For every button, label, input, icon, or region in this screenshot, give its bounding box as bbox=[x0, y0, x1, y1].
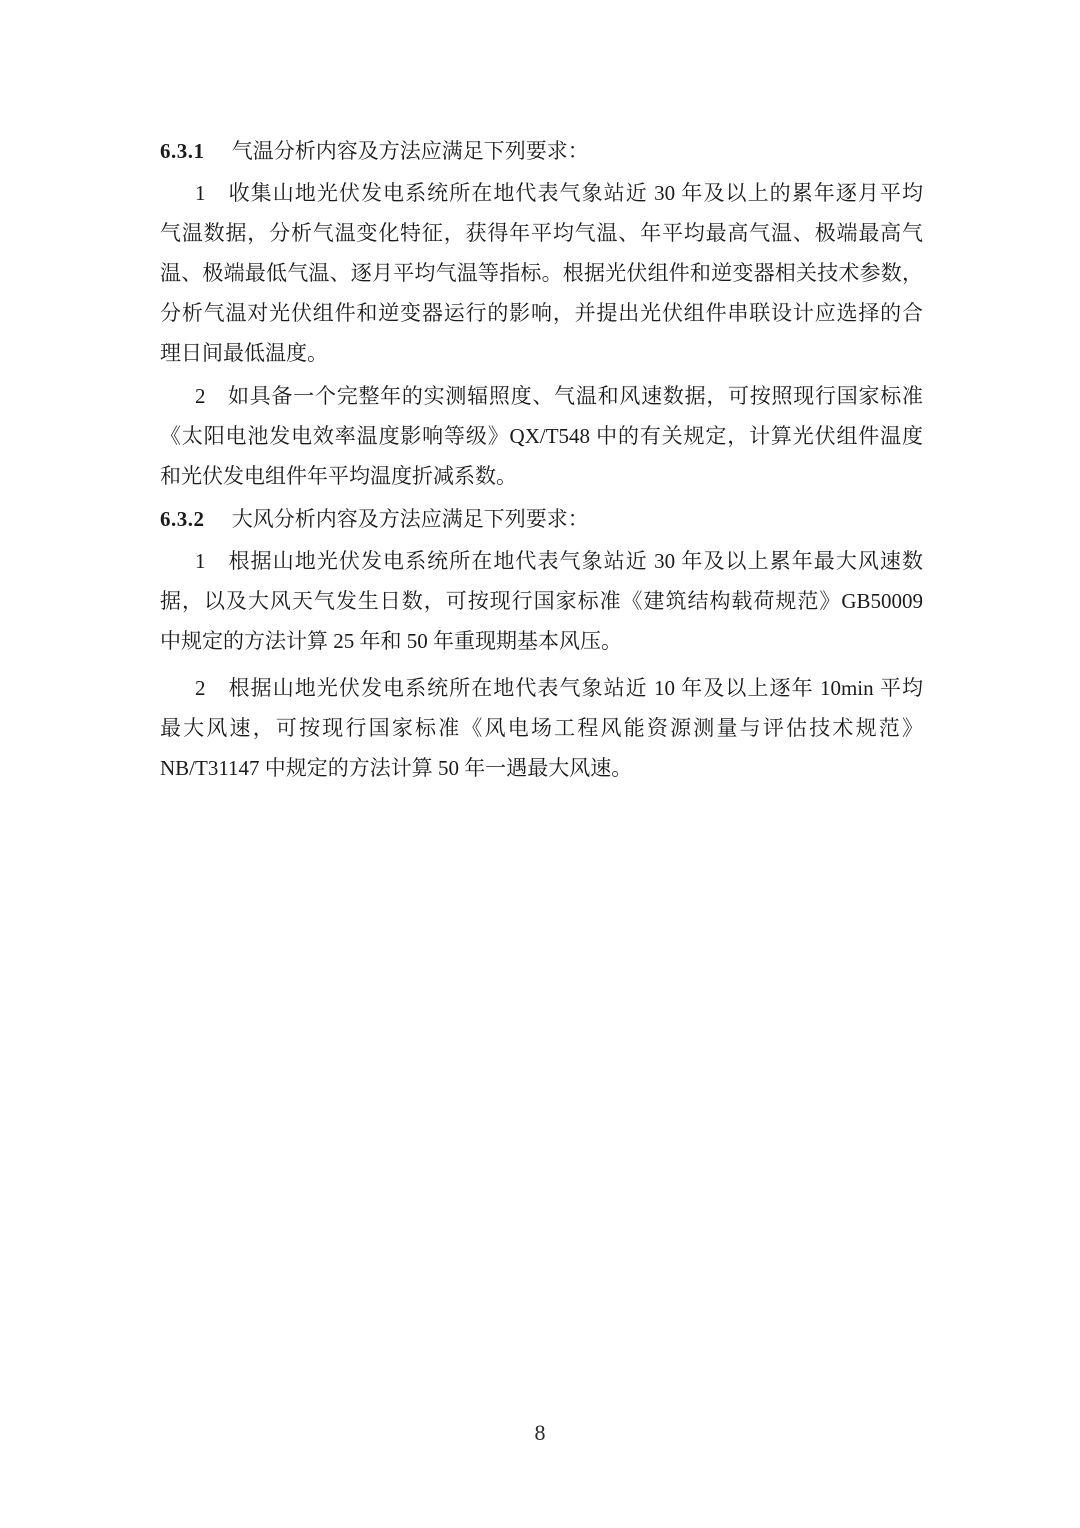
text-line: 据，以及大风天气发生日数，可按现行国家标准《建筑结构载荷规范》GB50009 bbox=[160, 581, 923, 621]
text-line: 2 如具备一个完整年的实测辐照度、气温和风速数据，可按照现行国家标准 bbox=[160, 376, 923, 416]
section-number: 6.3.1 bbox=[160, 139, 205, 163]
paragraph-6-3-2-item-1: 1 根据山地光伏发电系统所在地代表气象站近 30 年及以上累年最大风速数 据，以… bbox=[160, 541, 923, 661]
paragraph-6-3-2-item-2: 2 根据山地光伏发电系统所在地代表气象站近 10 年及以上逐年 10min 平均… bbox=[160, 668, 923, 788]
text-line: 气温数据，分析气温变化特征，获得年平均气温、年平均最高气温、极端最高气 bbox=[160, 213, 923, 253]
text-line: 2 根据山地光伏发电系统所在地代表气象站近 10 年及以上逐年 10min 平均 bbox=[160, 668, 923, 708]
text-line: 和光伏发电组件年平均温度折减系数。 bbox=[160, 456, 923, 496]
text-line: 温、极端最低气温、逐月平均气温等指标。根据光伏组件和逆变器相关技术参数， bbox=[160, 253, 923, 293]
text-line: 分析气温对光伏组件和逆变器运行的影响，并提出光伏组件串联设计应选择的合 bbox=[160, 293, 923, 333]
page-content: 6.3.1气温分析内容及方法应满足下列要求： 1 收集山地光伏发电系统所在地代表… bbox=[160, 131, 923, 791]
section-heading-6-3-1: 6.3.1气温分析内容及方法应满足下列要求： bbox=[160, 131, 923, 171]
text-line: 1 收集山地光伏发电系统所在地代表气象站近 30 年及以上的累年逐月平均 bbox=[160, 173, 923, 213]
paragraph-6-3-1-item-2: 2 如具备一个完整年的实测辐照度、气温和风速数据，可按照现行国家标准 《太阳电池… bbox=[160, 376, 923, 496]
text-line: NB/T31147 中规定的方法计算 50 年一遇最大风速。 bbox=[160, 748, 923, 788]
page-footer: 8 bbox=[0, 1420, 1080, 1446]
text-line: 1 根据山地光伏发电系统所在地代表气象站近 30 年及以上累年最大风速数 bbox=[160, 541, 923, 581]
paragraph-6-3-1-item-1: 1 收集山地光伏发电系统所在地代表气象站近 30 年及以上的累年逐月平均 气温数… bbox=[160, 173, 923, 373]
text-line: 《太阳电池发电效率温度影响等级》QX/T548 中的有关规定，计算光伏组件温度 bbox=[160, 416, 923, 456]
text-line: 最大风速，可按现行国家标准《风电场工程风能资源测量与评估技术规范》 bbox=[160, 708, 923, 748]
section-heading-6-3-2: 6.3.2大风分析内容及方法应满足下列要求： bbox=[160, 499, 923, 539]
section-title: 大风分析内容及方法应满足下列要求： bbox=[232, 507, 589, 531]
section-number: 6.3.2 bbox=[160, 507, 205, 531]
section-title: 气温分析内容及方法应满足下列要求： bbox=[232, 139, 589, 163]
page-number: 8 bbox=[535, 1420, 546, 1445]
text-line: 理日间最低温度。 bbox=[160, 333, 923, 373]
document-page: 6.3.1气温分析内容及方法应满足下列要求： 1 收集山地光伏发电系统所在地代表… bbox=[0, 0, 1080, 1528]
text-line: 中规定的方法计算 25 年和 50 年重现期基本风压。 bbox=[160, 621, 923, 661]
